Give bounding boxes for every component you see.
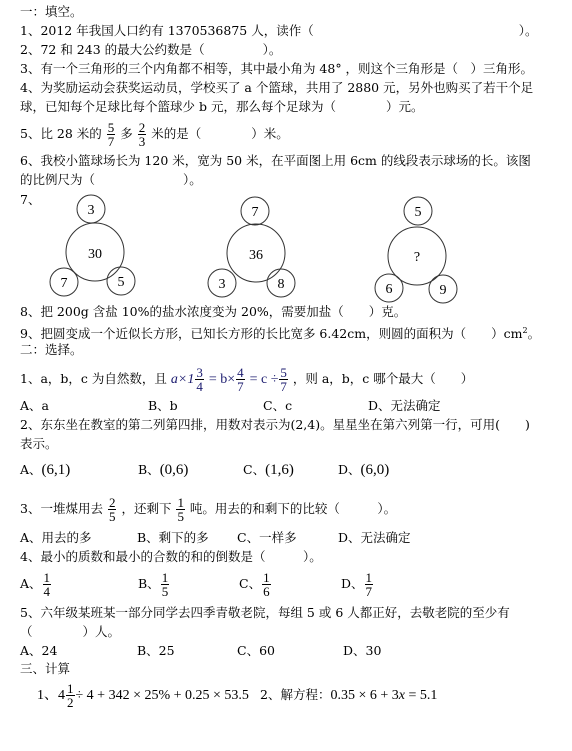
choice-q5-option-c[interactable]: C、60 [237,643,275,659]
fill-q8: 8、把 200g 含盐 10%的盐水浓度变为 20%，需要加盐（ ）克。 [20,304,406,320]
choice-q1: 1、a，b，c 为自然数，且 a×134 = b×47 = c ÷57 ，则 a… [20,364,473,395]
svg-text:5: 5 [415,205,422,220]
svg-text:36: 36 [249,248,263,263]
svg-text:7: 7 [61,276,68,291]
choice-q3: 3、一堆煤用去 25 ，还剩下 15 吨。用去的和剩下的比较（ ）。 [20,494,396,524]
svg-text:3: 3 [88,203,95,218]
calc-q2: 2、解方程：0.35 × 6 + 3x = 5.1 [260,680,437,711]
choice-q3-option-a[interactable]: A、用去的多 [20,530,92,546]
choice-q2-option-a[interactable]: A、(6,1) [20,462,70,478]
svg-text:6: 6 [386,282,393,297]
choice-q1-option-a[interactable]: A、a [20,398,49,414]
choice-q5-line1: 5、六年级某班某一部分同学去四季青敬老院，每组 5 或 6 人都正好，去敬老院的… [20,605,510,621]
choice-q2-option-d[interactable]: D、(6,0) [338,462,389,478]
section-title-choice: 二：选择。 [20,342,83,358]
choice-q2-option-c[interactable]: C、(1,6) [243,462,294,478]
choice-q5-option-d[interactable]: D、30 [343,643,381,659]
choice-q4-option-b[interactable]: B、15 [138,570,170,598]
choice-q1-option-d[interactable]: D、无法确定 [368,398,441,414]
svg-text:8: 8 [278,277,285,292]
choice-q5-line2: （ ）人。 [20,624,120,640]
svg-text:30: 30 [88,247,102,262]
svg-text:7: 7 [252,205,259,220]
choice-q2-line2: 表示。 [20,436,58,452]
choice-q4-option-a[interactable]: A、14 [20,570,52,598]
choice-q4: 4、最小的质数和最小的合数的和的倒数是（ ）。 [20,549,322,565]
choice-q4-option-c[interactable]: C、16 [239,570,272,598]
svg-text:3: 3 [219,277,226,292]
choice-q2-option-b[interactable]: B、(0,6) [138,462,188,478]
choice-q5-option-b[interactable]: B、25 [137,643,175,659]
svg-text:5: 5 [118,275,125,290]
section-title-calc: 三、计算 [20,661,70,677]
fill-q9: 9、把圆变成一个近似长方形，已知长方形的长比宽多 6.42cm，则圆的面积为（ … [20,323,540,342]
choice-q2-line1: 2、东东坐在教室的第二列第四排，用数对表示为(2,4)。星星坐在第六列第一行，可… [20,417,530,433]
svg-text:9: 9 [440,283,447,298]
choice-q3-option-d[interactable]: D、无法确定 [338,530,411,546]
choice-q1-option-b[interactable]: B、b [148,398,178,414]
circle-number-puzzle: 3 30 7 5 7 36 3 8 5 ? 6 9 [0,0,572,310]
choice-q3-option-b[interactable]: B、剩下的多 [137,530,209,546]
choice-q1-option-c[interactable]: C、c [263,398,292,414]
choice-q3-option-c[interactable]: C、一样多 [237,530,297,546]
calc-q1: 1、412÷ 4 + 342 × 25% + 0.25 × 53.5 [37,680,249,711]
svg-text:?: ? [414,250,420,265]
choice-q4-option-d[interactable]: D、17 [341,570,374,598]
choice-q5-option-a[interactable]: A、24 [20,643,57,659]
